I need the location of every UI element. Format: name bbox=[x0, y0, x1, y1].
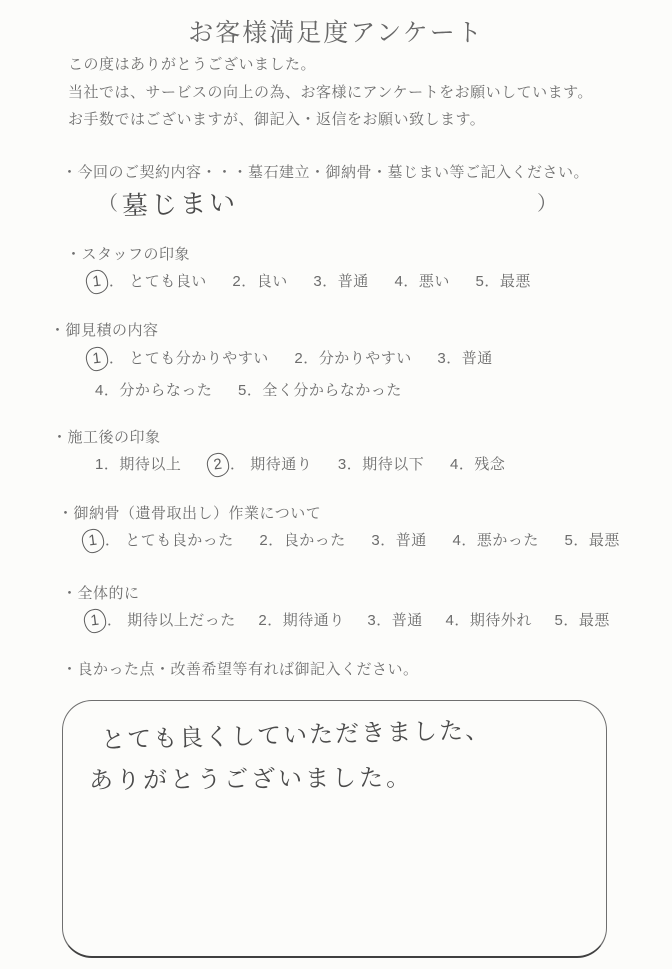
selected-option-number: 1 bbox=[83, 608, 108, 635]
option: 1． とても分かりやすい bbox=[86, 350, 269, 367]
option: 3．普通 bbox=[313, 273, 368, 290]
option: 2．良かった bbox=[259, 532, 345, 549]
option-label: とても良い bbox=[129, 273, 207, 290]
comment-question-heading: ・良かった点・改善希望等有れば御記入ください。 bbox=[62, 660, 419, 680]
handwritten-comment-line-2: ありがとうございました。 bbox=[89, 758, 413, 796]
option: 4．残念 bbox=[450, 456, 505, 473]
option-separator: ． bbox=[267, 609, 283, 630]
option-number: 5 bbox=[565, 532, 574, 549]
question-interment-heading: ・御納骨（遺骨取出し）作業について bbox=[58, 504, 321, 524]
option: 1． とても良かった bbox=[82, 532, 234, 549]
option-number: 3 bbox=[437, 350, 446, 367]
selected-option-number: 2 bbox=[206, 452, 231, 479]
option: 1．期待以上 bbox=[95, 456, 181, 473]
option-number: 1 bbox=[95, 456, 104, 473]
option-separator: ． bbox=[109, 347, 125, 368]
contract-question-heading: ・今回のご契約内容・・・墓石建立・御納骨・墓じまい等ご記入ください。 bbox=[62, 163, 589, 183]
option-label: 分かりやすい bbox=[319, 350, 412, 367]
option-label: 悪かった bbox=[477, 532, 539, 549]
option-label: 普通 bbox=[396, 532, 427, 549]
option: 2． 期待通り bbox=[207, 456, 312, 473]
option-label: 期待以上だった bbox=[127, 612, 236, 629]
option-number: 3 bbox=[313, 273, 322, 290]
option-label: 全く分からなかった bbox=[262, 382, 402, 399]
option-number: 2 bbox=[232, 273, 241, 290]
option-separator: ． bbox=[303, 347, 319, 368]
option-label: 悪い bbox=[419, 273, 450, 290]
option-number: 3 bbox=[371, 532, 380, 549]
option-label: 普通 bbox=[338, 273, 369, 290]
option-separator: ． bbox=[484, 270, 500, 291]
option-number: 3 bbox=[367, 612, 376, 629]
option-label: 残念 bbox=[474, 456, 505, 473]
option: 3．普通 bbox=[367, 612, 422, 629]
option-label: 良かった bbox=[284, 532, 346, 549]
option-number: 4 bbox=[450, 456, 459, 473]
option: 3．普通 bbox=[437, 350, 492, 367]
option: 5．最悪 bbox=[555, 612, 610, 629]
comment-box: とても良くしていただきました、 ありがとうございました。 bbox=[62, 700, 607, 958]
option-label: 最悪 bbox=[500, 273, 531, 290]
option-number: 4 bbox=[95, 382, 104, 399]
option-separator: ． bbox=[461, 529, 477, 550]
answer-parenthesis-open: （ bbox=[98, 187, 118, 216]
option-number: 4 bbox=[452, 532, 461, 549]
option-label: 期待通り bbox=[283, 612, 345, 629]
question-overall-heading: ・全体的に bbox=[62, 584, 140, 604]
option: 2．良い bbox=[232, 273, 287, 290]
page-title: お客様満足度アンケート bbox=[0, 13, 672, 49]
option-number: 5 bbox=[238, 382, 247, 399]
intro-line-2: 当社では、サービスの向上の為、お客様にアンケートをお願いしています。 bbox=[68, 83, 593, 103]
option-number: 4 bbox=[445, 612, 454, 629]
question-construction-heading: ・施工後の印象 bbox=[52, 428, 161, 448]
option-separator: ． bbox=[104, 453, 120, 474]
option: 4．悪い bbox=[394, 273, 449, 290]
intro-line-3: お手数ではございますが、御記入・返信をお願い致します。 bbox=[68, 110, 485, 130]
option-label: 良い bbox=[257, 273, 288, 290]
option-separator: ． bbox=[241, 270, 257, 291]
answer-parenthesis-close: ） bbox=[537, 187, 557, 216]
option-separator: ． bbox=[322, 270, 338, 291]
option: 4．悪かった bbox=[452, 532, 538, 549]
option-separator: ． bbox=[376, 609, 392, 630]
option-label: 分からなった bbox=[119, 382, 212, 399]
option-label: 期待外れ bbox=[470, 612, 532, 629]
option-separator: ． bbox=[573, 529, 589, 550]
option-separator: ． bbox=[105, 529, 121, 550]
option: 3．期待以下 bbox=[338, 456, 424, 473]
question-estimate-heading: ・御見積の内容 bbox=[50, 321, 159, 341]
option-separator: ． bbox=[109, 270, 125, 291]
survey-sheet: お客様満足度アンケート この度はありがとうございました。 当社では、サービスの向… bbox=[0, 0, 672, 969]
handwritten-comment-line-1: とても良くしていただきました、 bbox=[101, 710, 492, 755]
option-separator: ． bbox=[347, 453, 363, 474]
option-label: 普通 bbox=[392, 612, 423, 629]
option-label: 期待通り bbox=[250, 456, 312, 473]
option-label: 普通 bbox=[462, 350, 493, 367]
option: 4．分からなった bbox=[95, 382, 212, 399]
question-staff-heading: ・スタッフの印象 bbox=[66, 245, 190, 265]
option: 3．普通 bbox=[371, 532, 426, 549]
option: 1． とても良い bbox=[86, 273, 207, 290]
option-separator: ． bbox=[446, 347, 462, 368]
option-separator: ． bbox=[454, 609, 470, 630]
option-label: とても良かった bbox=[125, 532, 234, 549]
option-separator: ． bbox=[107, 609, 123, 630]
option: 5．最悪 bbox=[565, 532, 620, 549]
option-separator: ． bbox=[563, 609, 579, 630]
selected-option-number: 1 bbox=[81, 528, 106, 555]
option: 2．期待通り bbox=[258, 612, 344, 629]
selected-option-number: 1 bbox=[85, 346, 110, 373]
option-number: 5 bbox=[555, 612, 564, 629]
intro-line-1: この度はありがとうございました。 bbox=[68, 55, 316, 75]
option-label: 期待以下 bbox=[362, 456, 424, 473]
option-number: 5 bbox=[476, 273, 485, 290]
option-separator: ． bbox=[403, 270, 419, 291]
option-number: 2 bbox=[294, 350, 303, 367]
handwritten-answer: 墓じまい bbox=[121, 182, 238, 223]
option-separator: ． bbox=[247, 379, 263, 400]
option-number: 2 bbox=[258, 612, 267, 629]
option-label: とても分かりやすい bbox=[129, 350, 269, 367]
selected-option-number: 1 bbox=[85, 269, 110, 296]
option-separator: ． bbox=[104, 379, 120, 400]
option-separator: ． bbox=[380, 529, 396, 550]
option: 5．最悪 bbox=[476, 273, 531, 290]
option-separator: ． bbox=[268, 529, 284, 550]
option: 1． 期待以上だった bbox=[84, 612, 236, 629]
option-number: 3 bbox=[338, 456, 347, 473]
option-number: 2 bbox=[259, 532, 268, 549]
option-label: 最悪 bbox=[589, 532, 620, 549]
option-separator: ． bbox=[459, 453, 475, 474]
option-label: 期待以上 bbox=[119, 456, 181, 473]
option-number: 4 bbox=[394, 273, 403, 290]
option-label: 最悪 bbox=[579, 612, 610, 629]
option-separator: ． bbox=[230, 453, 246, 474]
option: 5．全く分からなかった bbox=[238, 382, 402, 399]
option: 4．期待外れ bbox=[445, 612, 531, 629]
option: 2．分かりやすい bbox=[294, 350, 411, 367]
